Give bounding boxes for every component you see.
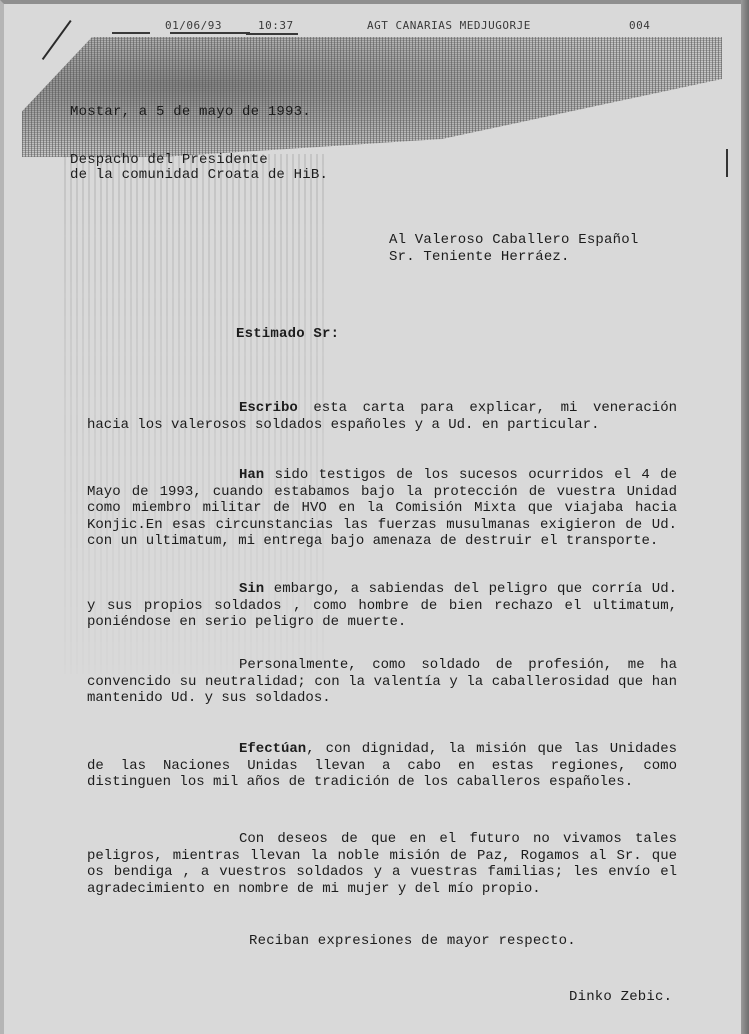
fax-header: 01/06/93 10:37 AGT CANARIAS MEDJUGORJE 0… (4, 13, 745, 33)
margin-mark (726, 149, 728, 177)
fax-time: 10:37 (258, 19, 294, 32)
page-edge (741, 0, 749, 1034)
fax-date: 01/06/93 (165, 19, 222, 32)
header-rule (246, 33, 298, 35)
paragraph: Sin embargo, a sabiendas del peligro que… (87, 581, 677, 631)
paragraph: Han sido testigos de los sucesos ocurrid… (87, 467, 677, 550)
header-rule (170, 32, 250, 34)
fax-page-number: 004 (629, 19, 650, 32)
signature: Dinko Zebic. (569, 989, 672, 1005)
scan-noise (22, 37, 722, 157)
paragraph: Personalmente, como soldado de profesión… (87, 657, 677, 707)
from-line-1: Despacho del Presidente (70, 152, 268, 168)
paragraph: Escribo esta carta para explicar, mi ven… (87, 400, 677, 433)
salutation: Estimado Sr: (236, 326, 339, 342)
fax-page: 01/06/93 10:37 AGT CANARIAS MEDJUGORJE 0… (0, 0, 741, 1034)
recipient-line-2: Sr. Teniente Herráez. (389, 249, 570, 265)
place-date: Mostar, a 5 de mayo de 1993. (70, 104, 311, 120)
paragraph: Con deseos de que en el futuro no vivamo… (87, 831, 677, 897)
header-rule (112, 32, 150, 34)
recipient-line-1: Al Valeroso Caballero Español (389, 232, 638, 248)
paragraph: Efectúan, con dignidad, la misión que la… (87, 741, 677, 791)
from-line-2: de la comunidad Croata de HiB. (70, 167, 328, 183)
fax-sender: AGT CANARIAS MEDJUGORJE (367, 19, 531, 32)
closing: Reciban expresiones de mayor respecto. (249, 933, 576, 949)
